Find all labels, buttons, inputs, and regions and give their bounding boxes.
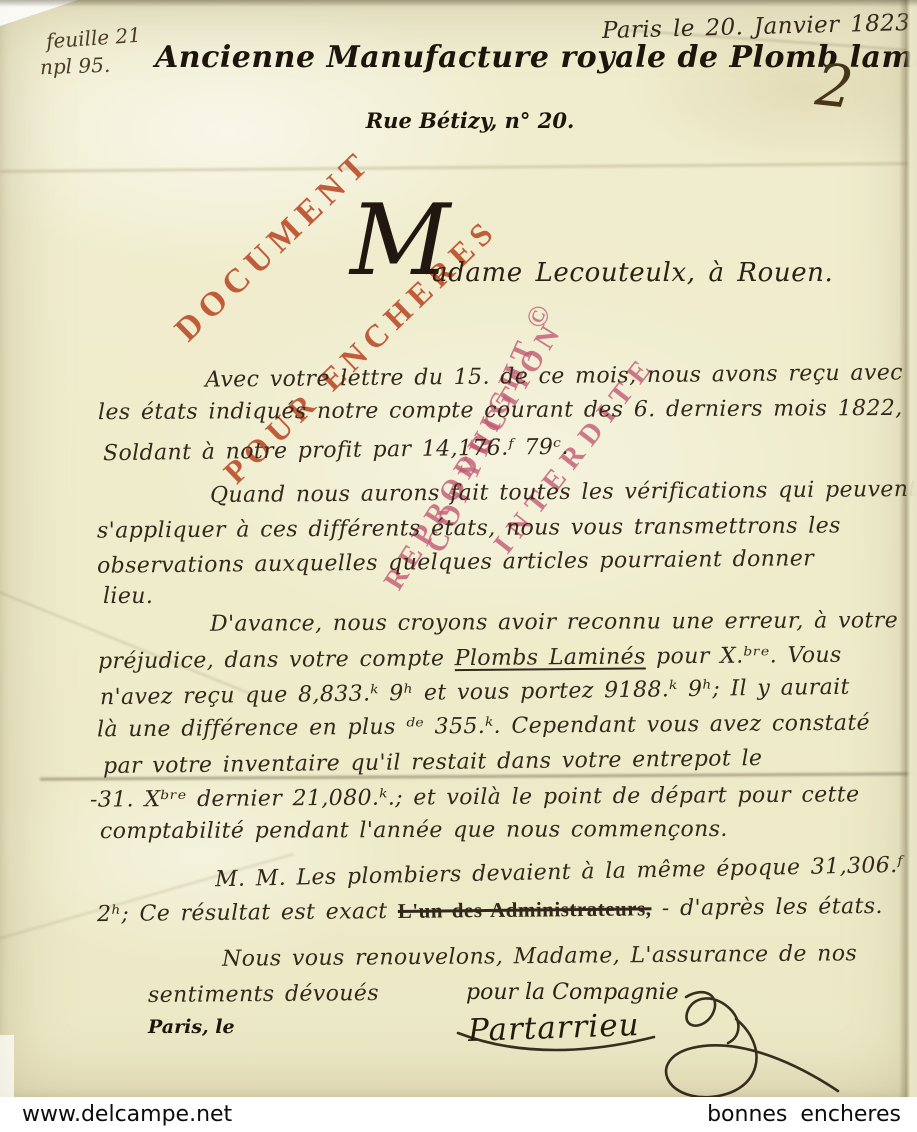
letter-line: lieu. — [103, 586, 153, 608]
letter-line: n'avez reçu que 8,833.ᵏ 9ʰ et vous porte… — [100, 677, 850, 709]
letter-line: les états indiqués notre compte courant … — [98, 398, 903, 424]
letter-paper: feuille 21 npl 95. Ancienne Manufacture … — [0, 0, 917, 1097]
letter-line: comptabilité pendant l'année que nous co… — [100, 819, 728, 843]
letter-line-segment: préjudice, dans votre compte — [98, 646, 455, 674]
letter-line: D'avance, nous croyons avoir reconnu une… — [210, 610, 898, 636]
letter-line-segment: Avec votre lettre du 15. de ce mois, nou… — [205, 360, 903, 392]
letter-line-segment: lieu. — [103, 584, 153, 609]
letter-line-segment: L'un des Administrateurs, — [398, 896, 652, 923]
letter-line-segment: n'avez reçu que 8,833.ᵏ 9ʰ et vous porte… — [100, 675, 850, 710]
letter-line: M. M. Les plombiers devaient à la même é… — [215, 855, 903, 891]
paper-fold-crease — [0, 162, 917, 173]
letter-line-segment: D'avance, nous croyons avoir reconnu une… — [210, 608, 898, 637]
letter-line-segment: - d'après les états. — [651, 894, 883, 921]
letterhead-address: Rue Bétizy, n° 20. — [320, 108, 620, 133]
letter-line-segment: Nous vous renouvelons, Madame, L'assuran… — [222, 941, 857, 972]
letter-line-segment: les états indiqués notre compte courant … — [98, 396, 903, 425]
letter-line: Quand nous aurons fait toutes les vérifi… — [210, 479, 917, 507]
watermark-strip: www.delcampe.net bonnes encheres — [0, 1097, 917, 1132]
letter-scan: feuille 21 npl 95. Ancienne Manufacture … — [0, 0, 917, 1132]
letter-line-segment: Quand nous aurons fait toutes les vérifi… — [210, 477, 917, 508]
letter-line: Soldant à notre profit par 14,176.ᶠ 79ᶜ. — [103, 437, 569, 466]
letter-line-segment: s'appliquer à ces différents états, nous… — [97, 513, 841, 543]
letter-line-segment: Plombs Laminés — [455, 644, 646, 671]
letter-line: sentiments dévoués — [148, 983, 379, 1007]
letter-line: Nous vous renouvelons, Madame, L'assuran… — [222, 943, 857, 971]
letter-line-segment: pour X.ᵇʳᵉ. Vous — [646, 643, 842, 670]
letterhead-footer-place: Paris, le — [148, 1016, 235, 1038]
signature-name: Partarrieu — [467, 1007, 640, 1049]
dateline: Paris le 20. Janvier 1823 — [602, 12, 911, 43]
letter-line: observations auxquelles quelques article… — [97, 548, 814, 578]
corner-note-1: feuille 21 — [45, 23, 141, 54]
letter-line-segment: 2ʰ; Ce résultat est exact — [97, 899, 398, 927]
scan-edge-shadow-top — [0, 0, 917, 7]
letter-line-segment: là une différence en plus ᵈᵉ 355.ᵏ. Cepe… — [97, 711, 870, 743]
letter-line-segment: observations auxquelles quelques article… — [97, 546, 814, 579]
salutation-text: adame Lecouteulx, à Rouen. — [432, 258, 833, 288]
letter-line: 2ʰ; Ce résultat est exact L'un des Admin… — [97, 896, 883, 926]
letter-line: s'appliquer à ces différents états, nous… — [97, 515, 841, 542]
letterhead-title: Ancienne Manufacture royale de Plomb lam… — [155, 40, 895, 75]
letter-line: préjudice, dans votre compte Plombs Lami… — [98, 645, 842, 673]
letter-line-segment: M. M. Les plombiers devaient à la même é… — [215, 853, 904, 892]
postal-rate-mark: 2 — [813, 50, 857, 121]
scan-edge-shadow — [899, 0, 917, 1097]
watermark-seller: bonnes encheres — [707, 1102, 901, 1127]
letter-line-segment: comptabilité pendant l'année que nous co… — [100, 817, 728, 844]
scan-edge-artifact — [0, 1035, 14, 1097]
letter-line-segment: sentiments dévoués — [148, 981, 379, 1008]
letter-line: Avec votre lettre du 15. de ce mois, nou… — [205, 362, 903, 391]
letter-line-segment: Soldant à notre profit par 14,176.ᶠ 79ᶜ. — [103, 435, 569, 467]
letter-line-segment: -31. Xᵇʳᵉ dernier 21,080.ᵏ.; et voilà le… — [90, 782, 860, 812]
letter-line: -31. Xᵇʳᵉ dernier 21,080.ᵏ.; et voilà le… — [90, 784, 860, 811]
auction-stamp-line1: DOCUMENT — [169, 144, 378, 348]
watermark-site: www.delcampe.net — [22, 1102, 232, 1127]
corner-note-2: npl 95. — [40, 53, 111, 79]
letter-line: là une différence en plus ᵈᵉ 355.ᵏ. Cepe… — [97, 713, 870, 742]
